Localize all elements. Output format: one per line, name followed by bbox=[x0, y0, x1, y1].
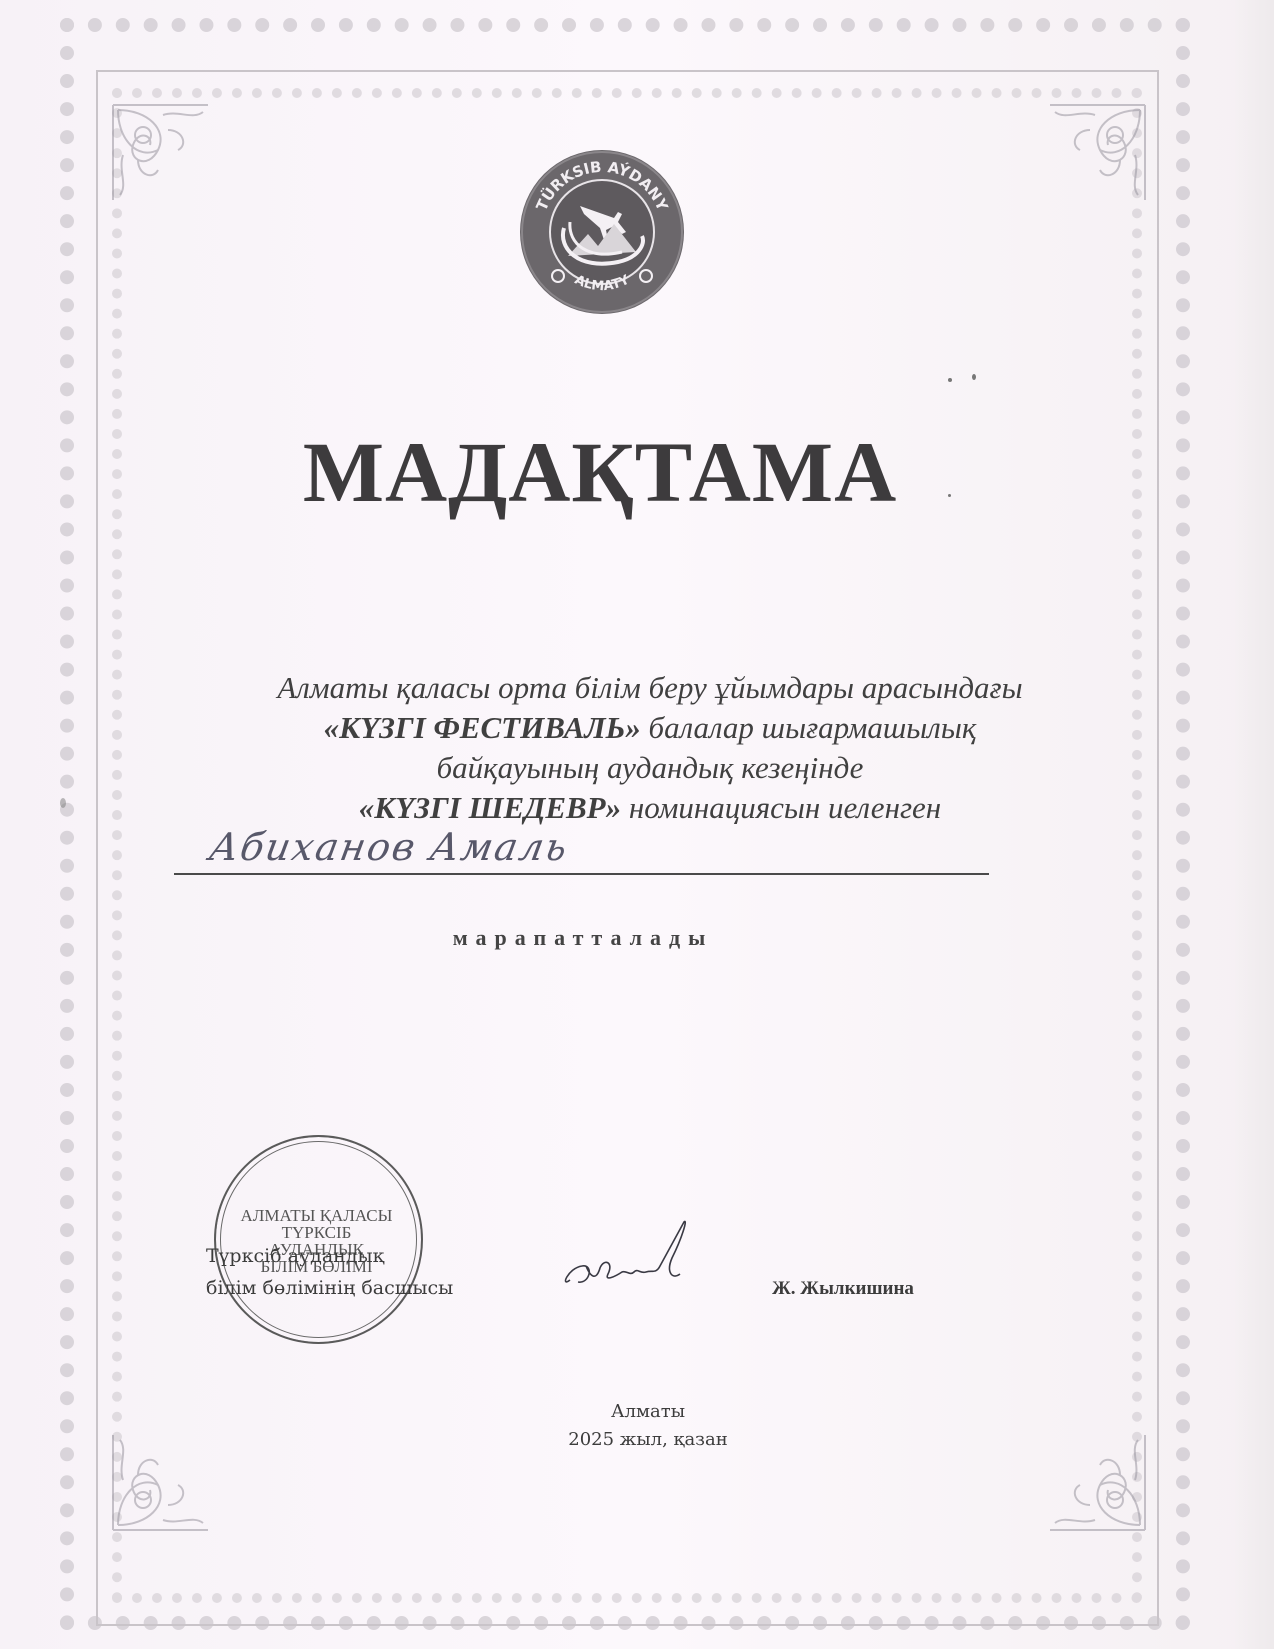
body-line-3: байқауының аудандық кезеңінде bbox=[100, 748, 1200, 788]
body-line-2-rest: балалар шығармашылық bbox=[641, 710, 977, 745]
body-line-4-rest: номинациясын иеленген bbox=[621, 790, 941, 825]
signer-role: Түрксіб аудандық білім бөлімінің басшысы bbox=[206, 1240, 526, 1304]
body-line-1: Алматы қаласы орта білім беру ұйымдары а… bbox=[100, 668, 1200, 708]
district-emblem-icon: TÜRKSIB AÝDANY ALMATY bbox=[518, 148, 686, 316]
signer-role-line-2: білім бөлімінің басшысы bbox=[206, 1272, 526, 1304]
corner-ornament-icon bbox=[1040, 100, 1150, 210]
stamp-line-1: АЛМАТЫ ҚАЛАСЫ bbox=[214, 1207, 419, 1224]
scan-speck bbox=[948, 378, 952, 382]
footer-city: Алматы bbox=[0, 1398, 1274, 1426]
certificate-title: МАДАҚТАМА bbox=[0, 422, 1200, 522]
body-line-4: «КҮЗГІ ШЕДЕВР» номинациясын иеленген bbox=[100, 788, 1200, 828]
recipient-name-underline bbox=[174, 873, 989, 875]
signature-icon bbox=[560, 1218, 710, 1298]
signer-name: Ж. Жылкишина bbox=[772, 1278, 914, 1300]
footer: Алматы 2025 жыл, қазан bbox=[0, 1398, 1274, 1454]
signer-role-line-1: Түрксіб аудандық bbox=[206, 1240, 526, 1272]
nomination-name: «КҮЗГІ ШЕДЕВР» bbox=[359, 790, 621, 825]
stamp-line-2: ТҮРКСІБ bbox=[214, 1224, 419, 1241]
certificate-body: Алматы қаласы орта білім беру ұйымдары а… bbox=[100, 668, 1200, 828]
scan-speck bbox=[972, 374, 976, 380]
corner-ornament-icon bbox=[108, 100, 218, 210]
footer-date: 2025 жыл, қазан bbox=[0, 1426, 1274, 1454]
recipient-name-handwritten: Абиханов Амаль bbox=[206, 825, 814, 869]
body-line-2: «КҮЗГІ ФЕСТИВАЛЬ» балалар шығармашылық bbox=[100, 708, 1200, 748]
awarded-text: марапатталады bbox=[0, 925, 1166, 951]
scan-speck bbox=[60, 798, 66, 808]
festival-name: «КҮЗГІ ФЕСТИВАЛЬ» bbox=[324, 710, 641, 745]
